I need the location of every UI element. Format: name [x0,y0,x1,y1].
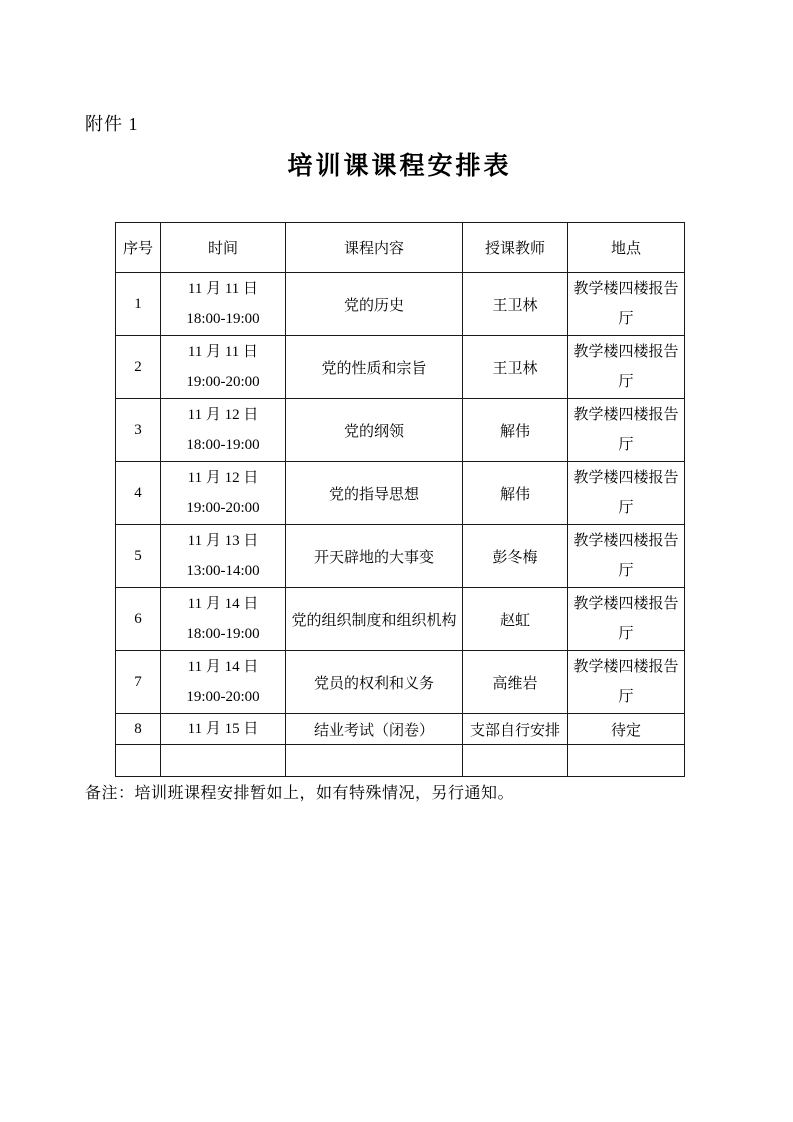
cell-no: 2 [116,336,161,399]
table-row-empty [116,745,685,777]
table-header-row: 序号 时间 课程内容 授课教师 地点 [116,223,685,273]
cell-teacher: 赵虹 [463,588,568,651]
cell-date-text: 11 月 13 日 [163,526,283,556]
cell-time: 11 月 12 日 19:00-20:00 [161,462,286,525]
cell-time-text: 18:00-19:00 [163,430,283,460]
cell-no: 5 [116,525,161,588]
cell-date-text: 11 月 11 日 [163,337,283,367]
cell-date-text: 11 月 12 日 [163,463,283,493]
cell-date-text: 11 月 14 日 [163,589,283,619]
cell-time: 11 月 13 日 13:00-14:00 [161,525,286,588]
cell-time-text: 19:00-20:00 [163,682,283,712]
cell-date-text: 11 月 15 日 [163,714,283,744]
cell-time: 11 月 14 日 18:00-19:00 [161,588,286,651]
cell-time-text: 19:00-20:00 [163,367,283,397]
schedule-table-body: 序号 时间 课程内容 授课教师 地点 1 11 月 11 日 18:00-19:… [116,223,685,777]
header-cell-time: 时间 [161,223,286,273]
cell-course: 开天辟地的大事变 [286,525,463,588]
cell-time-text: 19:00-20:00 [163,493,283,523]
cell-no: 3 [116,399,161,462]
document-page: 附件 1 培训课课程安排表 序号 时间 课程内容 授课教师 地点 1 11 月 … [0,0,793,1122]
table-row: 2 11 月 11 日 19:00-20:00 党的性质和宗旨 王卫林 教学楼四… [116,336,685,399]
cell-location: 教学楼四楼报告厅 [568,588,685,651]
cell-teacher: 王卫林 [463,273,568,336]
attachment-label: 附件 1 [85,110,139,136]
cell-teacher: 支部自行安排 [463,714,568,745]
cell-course: 党的历史 [286,273,463,336]
cell-course: 党的指导思想 [286,462,463,525]
cell-date-text: 11 月 11 日 [163,274,283,304]
header-cell-location: 地点 [568,223,685,273]
cell-teacher: 王卫林 [463,336,568,399]
cell-no: 6 [116,588,161,651]
cell-time: 11 月 12 日 18:00-19:00 [161,399,286,462]
cell-course: 党员的权利和义务 [286,651,463,714]
cell-time: 11 月 14 日 19:00-20:00 [161,651,286,714]
cell-no: 4 [116,462,161,525]
cell-time-text: 18:00-19:00 [163,619,283,649]
table-row: 5 11 月 13 日 13:00-14:00 开天辟地的大事变 彭冬梅 教学楼… [116,525,685,588]
table-row: 3 11 月 12 日 18:00-19:00 党的纲领 解伟 教学楼四楼报告厅 [116,399,685,462]
cell-course: 党的纲领 [286,399,463,462]
cell-location [568,745,685,777]
cell-teacher: 彭冬梅 [463,525,568,588]
cell-no [116,745,161,777]
header-cell-no: 序号 [116,223,161,273]
cell-no: 1 [116,273,161,336]
cell-location: 教学楼四楼报告厅 [568,336,685,399]
cell-no: 7 [116,651,161,714]
cell-time-text: 18:00-19:00 [163,304,283,334]
table-row: 7 11 月 14 日 19:00-20:00 党员的权利和义务 高维岩 教学楼… [116,651,685,714]
cell-time: 11 月 11 日 19:00-20:00 [161,336,286,399]
cell-course: 党的性质和宗旨 [286,336,463,399]
schedule-table: 序号 时间 课程内容 授课教师 地点 1 11 月 11 日 18:00-19:… [115,222,685,777]
cell-course: 结业考试（闭卷） [286,714,463,745]
cell-course [286,745,463,777]
cell-course: 党的组织制度和组织机构 [286,588,463,651]
table-row: 1 11 月 11 日 18:00-19:00 党的历史 王卫林 教学楼四楼报告… [116,273,685,336]
cell-location: 待定 [568,714,685,745]
cell-teacher: 高维岩 [463,651,568,714]
cell-location: 教学楼四楼报告厅 [568,525,685,588]
cell-date-text: 11 月 12 日 [163,400,283,430]
page-title: 培训课课程安排表 [115,146,684,182]
header-cell-teacher: 授课教师 [463,223,568,273]
cell-time [161,745,286,777]
cell-date-text: 11 月 14 日 [163,652,283,682]
cell-time: 11 月 11 日 18:00-19:00 [161,273,286,336]
table-row: 6 11 月 14 日 18:00-19:00 党的组织制度和组织机构 赵虹 教… [116,588,685,651]
table-row: 8 11 月 15 日 结业考试（闭卷） 支部自行安排 待定 [116,714,685,745]
cell-teacher: 解伟 [463,462,568,525]
table-row: 4 11 月 12 日 19:00-20:00 党的指导思想 解伟 教学楼四楼报… [116,462,685,525]
header-cell-course: 课程内容 [286,223,463,273]
cell-location: 教学楼四楼报告厅 [568,273,685,336]
footer-note: 备注：培训班课程安排暂如上，如有特殊情况，另行通知。 [85,780,514,803]
cell-location: 教学楼四楼报告厅 [568,651,685,714]
cell-time: 11 月 15 日 [161,714,286,745]
cell-teacher [463,745,568,777]
cell-no: 8 [116,714,161,745]
cell-location: 教学楼四楼报告厅 [568,399,685,462]
cell-location: 教学楼四楼报告厅 [568,462,685,525]
cell-teacher: 解伟 [463,399,568,462]
cell-time-text: 13:00-14:00 [163,556,283,586]
